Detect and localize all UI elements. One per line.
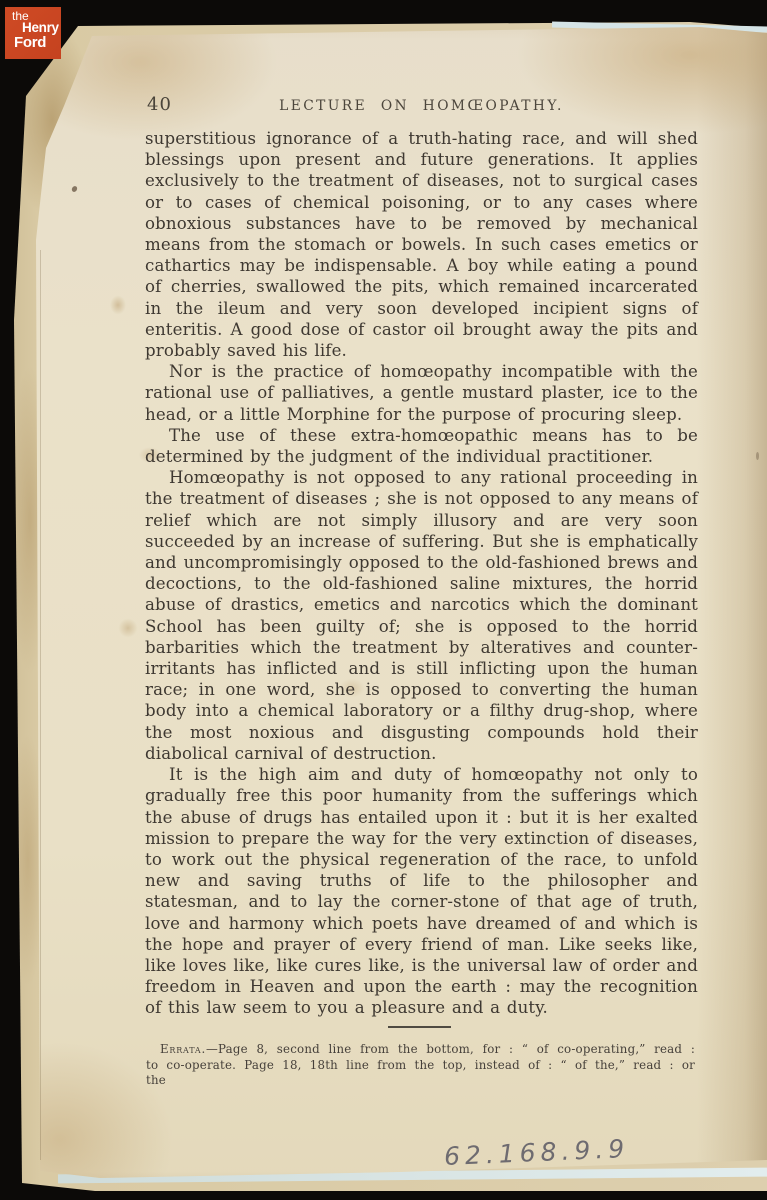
errata-label: Errata.: [160, 1042, 206, 1056]
section-divider-rule: [388, 1026, 451, 1028]
paragraph: Homœopathy is not opposed to any rationa…: [145, 467, 698, 764]
logo-text-henry: Henry: [22, 20, 59, 35]
paper-speck: [756, 452, 759, 460]
running-title: LECTURE ON HOMŒOPATHY.: [145, 98, 698, 114]
paragraph: superstitious ignorance of a truth-hatin…: [145, 128, 698, 361]
logo-text-ford: Ford: [14, 34, 46, 51]
paragraph: It is the high aim and duty of homœopath…: [145, 764, 698, 1018]
page-fold-line: [40, 250, 41, 1160]
body-text: superstitious ignorance of a truth-hatin…: [145, 128, 698, 1019]
errata-note: Errata.—Page 8, second line from the bot…: [146, 1042, 695, 1089]
errata-text: —Page 8, second line from the bottom, fo…: [146, 1042, 695, 1087]
paragraph: The use of these extra-homœopathic means…: [145, 425, 698, 467]
scan-background: { "branding": { "the": "the", "henry": "…: [0, 0, 767, 1200]
paragraph: Nor is the practice of homœopathy incomp…: [145, 361, 698, 425]
henry-ford-logo: the Henry Ford: [5, 7, 61, 59]
